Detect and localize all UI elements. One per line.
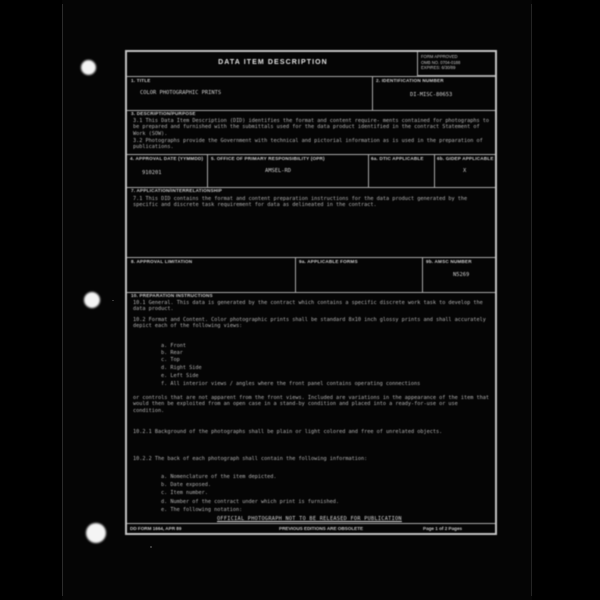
footer-form-id: DD FORM 1664, APR 89 bbox=[130, 526, 181, 531]
back-item-d: d. Number of the contract under which pr… bbox=[161, 499, 339, 505]
divider bbox=[127, 257, 495, 258]
hole-punch-top bbox=[81, 60, 96, 75]
para-10-2-1: 10.2.1 Background of the photographs sha… bbox=[133, 429, 491, 435]
back-item-a: a. Nomenclature of the item depicted. bbox=[161, 474, 277, 480]
id-label: 2. IDENTIFICATION NUMBER bbox=[376, 78, 444, 83]
description-para-3-1: 3.1 This Data Item Description (DID) ide… bbox=[133, 118, 491, 137]
opr-value: AMSEL-RD bbox=[265, 168, 291, 174]
preparation-instructions-label: 10. PREPARATION INSTRUCTIONS bbox=[131, 293, 213, 298]
footer-editions-note: PREVIOUS EDITIONS ARE OBSOLETE bbox=[279, 526, 363, 531]
gidep-applicable-label: 6b. GIDEP APPLICABLE bbox=[437, 156, 495, 161]
view-item-a: a. Front bbox=[161, 343, 186, 349]
view-item-e: e. Left Side bbox=[161, 373, 198, 379]
footer-page-number: Page 1 of 2 Pages bbox=[423, 526, 462, 531]
opr-label: 5. OFFICE OF PRIMARY RESPONSIBILITY (OPR… bbox=[211, 156, 325, 161]
back-item-b: b. Date exposed. bbox=[161, 482, 211, 488]
page-edge-right bbox=[531, 4, 532, 596]
para-10-2: 10.2 Format and Content. Color photograp… bbox=[133, 317, 491, 330]
scan-background: DATA ITEM DESCRIPTION FORM APPROVED OMB … bbox=[0, 0, 600, 600]
para-10-2-2: 10.2.2 The back of each photograph shall… bbox=[133, 456, 491, 462]
divider bbox=[127, 154, 495, 155]
para-10-1: 10.1 General. This data is generated by … bbox=[133, 300, 491, 313]
view-item-d: d. Right Side bbox=[161, 365, 202, 371]
did-form: DATA ITEM DESCRIPTION FORM APPROVED OMB … bbox=[125, 50, 497, 535]
form-title: DATA ITEM DESCRIPTION bbox=[127, 59, 419, 66]
scan-speck bbox=[112, 300, 114, 301]
description-label: 3. DESCRIPTION/PURPOSE bbox=[131, 111, 196, 116]
id-value: DI-MISC-80653 bbox=[410, 92, 452, 98]
back-item-e: e. The following notation: bbox=[161, 507, 242, 513]
hole-punch-bottom bbox=[86, 523, 106, 543]
divider bbox=[422, 257, 423, 292]
application-para-7-1: 7.1 This DID contains the format and con… bbox=[133, 196, 491, 209]
divider bbox=[207, 154, 208, 187]
back-item-c: c. Item number. bbox=[161, 490, 208, 496]
approval-limitation-label: 8. APPROVAL LIMITATION bbox=[131, 259, 192, 264]
description-para-3-2: 3.2 Photographs provide the Government w… bbox=[133, 138, 491, 151]
omb-approval-box: FORM APPROVED OMB NO. 0704-0188 EXPIRES:… bbox=[417, 52, 495, 76]
applicable-forms-label: 9a. APPLICABLE FORMS bbox=[299, 259, 358, 264]
title-label: 1. TITLE bbox=[131, 78, 150, 83]
scan-speck bbox=[150, 546, 152, 548]
amsc-number-label: 9b. AMSC NUMBER bbox=[426, 259, 472, 264]
view-item-b: b. Rear bbox=[161, 350, 183, 356]
gidep-applicable-value: X bbox=[463, 168, 466, 174]
page-edge-left bbox=[62, 4, 63, 596]
divider bbox=[127, 76, 495, 77]
application-label: 7. APPLICATION/INTERRELATIONSHIP bbox=[131, 188, 222, 193]
divider bbox=[295, 257, 296, 292]
form-approved-text: FORM APPROVED bbox=[418, 52, 495, 60]
approval-date-value: 910201 bbox=[142, 170, 161, 176]
hole-punch-middle bbox=[84, 292, 100, 308]
approval-date-label: 4. APPROVAL DATE (YYMMDD) bbox=[130, 156, 204, 161]
divider bbox=[127, 523, 495, 524]
dtic-applicable-label: 6a. DTIC APPLICABLE bbox=[371, 156, 431, 161]
photograph-notation: OFFICIAL PHOTOGRAPH NOT TO BE RELEASED F… bbox=[217, 516, 402, 522]
para-views-continued: or controls that are not apparent from t… bbox=[133, 395, 491, 414]
amsc-number-value: N5269 bbox=[453, 272, 469, 278]
view-item-c: c. Top bbox=[161, 357, 180, 363]
title-value: COLOR PHOTOGRAPHIC PRINTS bbox=[140, 90, 221, 96]
divider bbox=[434, 154, 435, 187]
view-item-f: f. All interior views / angles where the… bbox=[161, 381, 420, 387]
divider bbox=[372, 76, 373, 110]
omb-expires-text: EXPIRES: 6/30/89 bbox=[418, 65, 495, 71]
divider bbox=[368, 154, 369, 187]
